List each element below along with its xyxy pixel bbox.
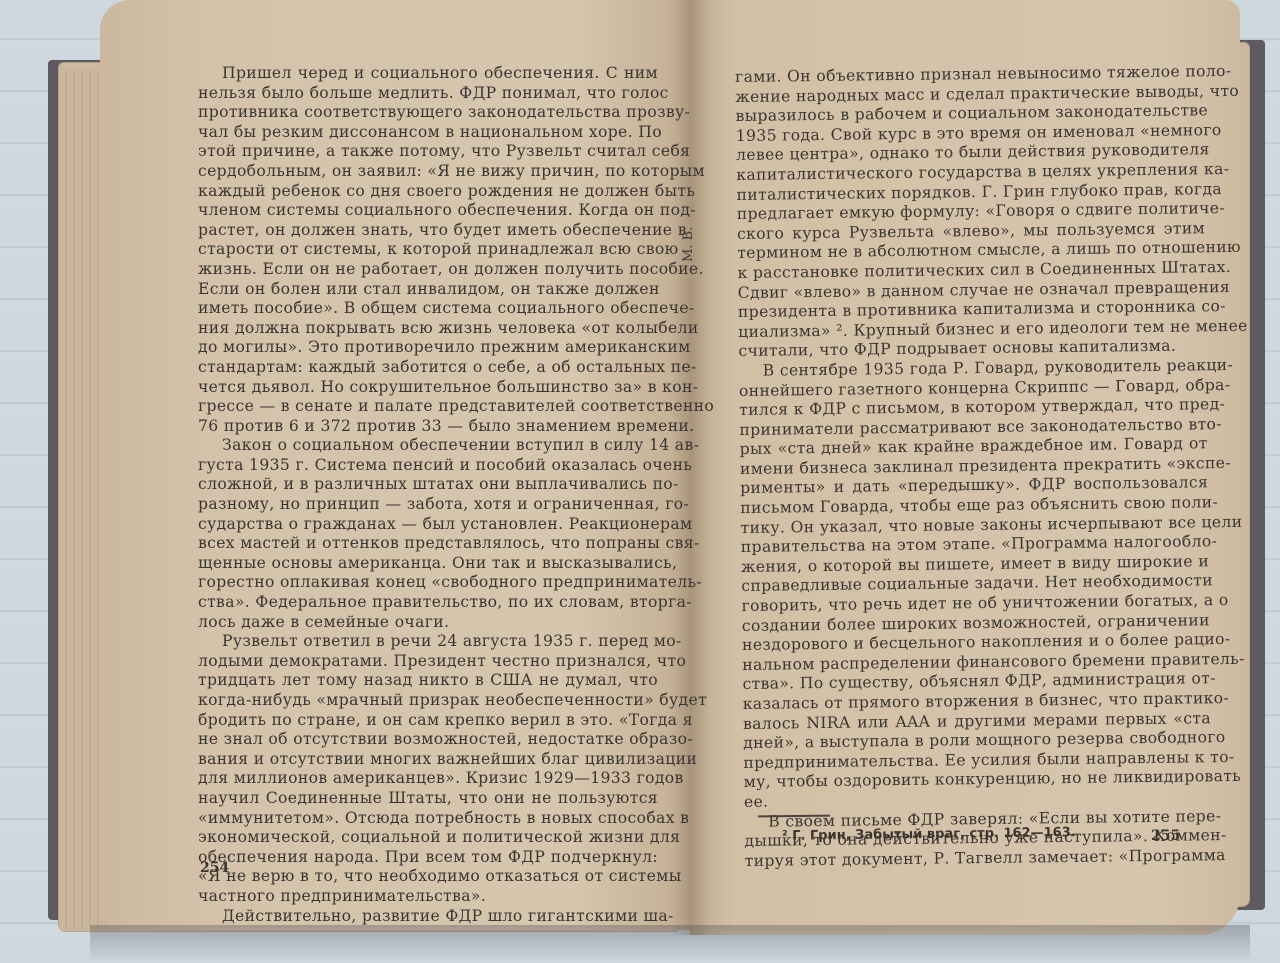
text-line: частного предпринимательства». <box>198 887 658 907</box>
text-line: противника соответствующего законодатель… <box>198 103 658 123</box>
text-line: лодыми демократами. Президент честно при… <box>198 652 658 672</box>
text-line: до могилы». Это противоречило прежним ам… <box>198 338 658 358</box>
text-line: старости от системы, к которой принадлеж… <box>198 240 658 260</box>
text-line: тридцать лет тому назад никто в США не д… <box>198 671 658 691</box>
text-line: всех мастей и оттенков представлялось, ч… <box>198 534 658 554</box>
text-line: иметь пособие». В общем система социальн… <box>198 299 658 319</box>
text-line: густа 1935 г. Система пенсий и пособий о… <box>198 456 658 476</box>
left-page-number: 254 <box>200 860 229 876</box>
text-line: ния должна покрывать всю жизнь человека … <box>198 319 658 339</box>
text-line: Рузвельт ответил в речи 24 августа 1935 … <box>198 632 658 652</box>
text-line: Если он болен или стал инвалидом, он так… <box>198 280 658 300</box>
text-line: бродить по стране, и он сам крепко верил… <box>198 711 658 731</box>
text-line: когда-нибудь «мрачный призрак необеспече… <box>198 691 658 711</box>
margin-annotation: М. В. <box>681 227 696 262</box>
text-line: стандартам: каждый заботится о себе, а о… <box>198 358 658 378</box>
text-line: обеспечения народа. При всем том ФДР под… <box>198 848 658 868</box>
text-line: сударства о гражданах — был установлен. … <box>198 515 658 535</box>
right-page-number: 255 <box>1151 828 1180 844</box>
text-line: жизнь. Если он не работает, он должен по… <box>198 260 658 280</box>
text-line: этой причине, а также потому, что Рузвел… <box>198 142 658 162</box>
text-line: грессе — в сенате и палате представителе… <box>198 397 658 417</box>
text-line: экономической, социальной и политической… <box>198 828 658 848</box>
book-shadow <box>90 925 1250 963</box>
right-page-text: гами. Он объективно признал невыносимо т… <box>735 62 1213 871</box>
text-line: ства». Федеральное правительство, по их … <box>198 593 658 613</box>
text-line: Закон о социальном обеспечении вступил в… <box>198 436 658 456</box>
text-line: растет, он должен знать, что будет иметь… <box>198 221 658 241</box>
text-line: горестно оплакивая конец «свободного пре… <box>198 573 658 593</box>
text-line: сердобольным, он заявил: «Я не вижу прич… <box>198 162 658 182</box>
text-line: лось даже в семейные очаги. <box>198 613 658 633</box>
text-line: «Я не верю в то, что необходимо отказать… <box>198 867 658 887</box>
text-line: чется дьявол. Но сокрушительное большинс… <box>198 378 658 398</box>
text-line: нельзя было больше медлить. ФДР понимал,… <box>198 84 658 104</box>
text-line: научил Соединенные Штаты, что они не пол… <box>198 789 658 809</box>
text-line: сложной, и в различных штатах они выплач… <box>198 475 658 495</box>
text-line: членом системы социального обеспечения. … <box>198 201 658 221</box>
text-line: Пришел черед и социального обеспечения. … <box>198 64 658 84</box>
text-line: для миллионов американцев». Кризис 1929—… <box>198 769 658 789</box>
text-line: чал бы резким диссонансом в национальном… <box>198 123 658 143</box>
text-line: Действительно, развитие ФДР шло гигантск… <box>198 907 658 927</box>
text-line: щенные основы американца. Они так и выск… <box>198 554 658 574</box>
text-line: вания и отсутствии многих важнейших благ… <box>198 750 658 770</box>
text-line: разному, но принцип — забота, хотя и огр… <box>198 495 658 515</box>
left-page-text: Пришел черед и социального обеспечения. … <box>198 64 658 926</box>
text-line: 76 против 6 и 372 против 33 — было знаме… <box>198 417 658 437</box>
text-line: не знал об отсутствии возможностей, недо… <box>198 730 658 750</box>
text-line: каждый ребенок со дня своего рождения не… <box>198 182 658 202</box>
text-line: «иммунитетом». Отсюда потребность в новы… <box>198 809 658 829</box>
